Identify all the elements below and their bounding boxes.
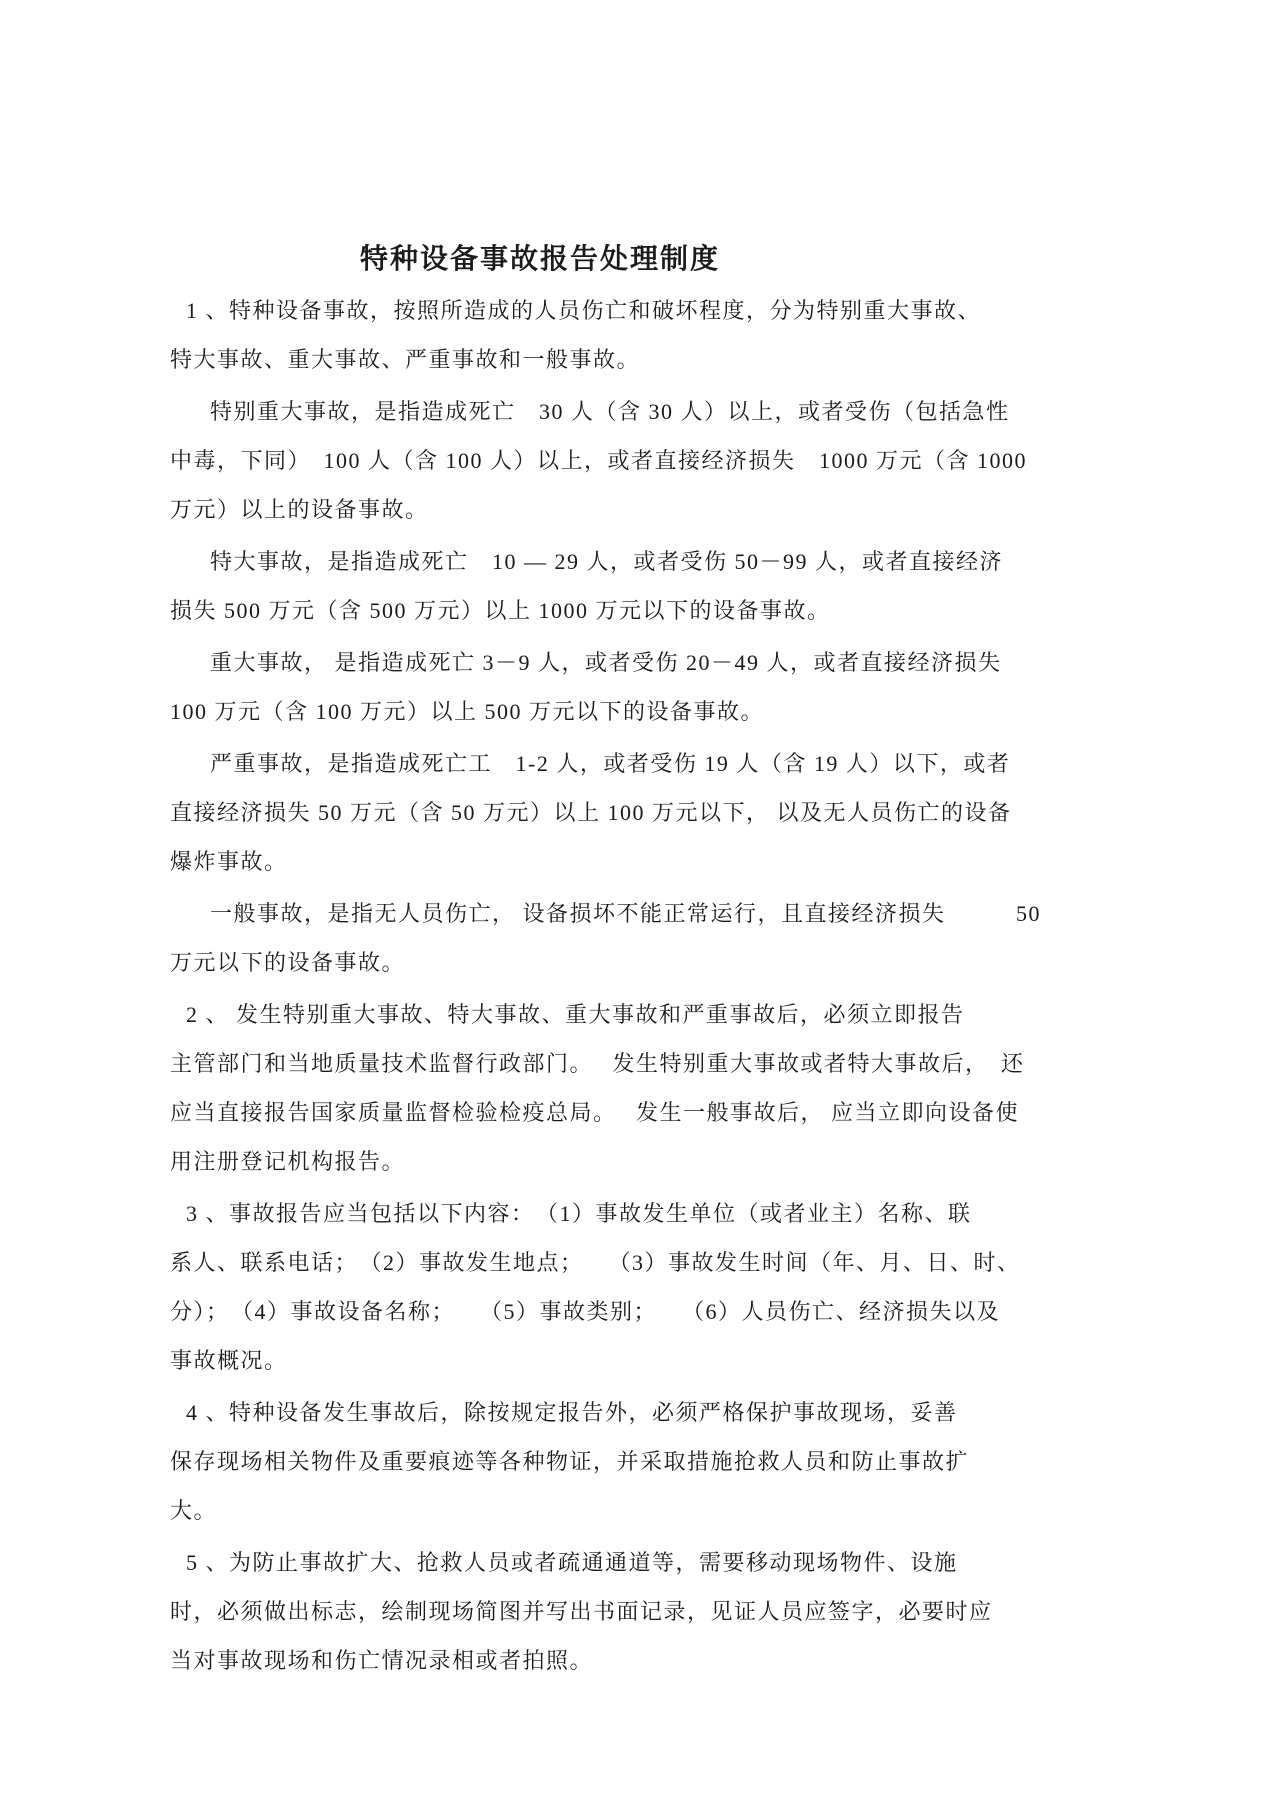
- text-line: 用注册登记机构报告。: [170, 1137, 1120, 1186]
- text-line: 特大事故，是指造成死亡 10 — 29 人，或者受伤 50－99 人，或者直接经…: [170, 537, 1120, 586]
- text-line: 中毒，下同） 100 人（含 100 人）以上，或者直接经济损失 1000 万元…: [170, 436, 1120, 485]
- text-line: 损失 500 万元（含 500 万元）以上 1000 万元以下的设备事故。: [170, 586, 1120, 635]
- paragraph: 特别重大事故，是指造成死亡 30 人（含 30 人）以上，或者受伤（包括急性中毒…: [170, 387, 1120, 534]
- text-line: 重大事故， 是指造成死亡 3－9 人，或者受伤 20－49 人，或者直接经济损失: [170, 638, 1120, 687]
- text-line: 事故概况。: [170, 1336, 1120, 1385]
- text-line: 3 、事故报告应当包括以下内容： （1）事故发生单位（或者业主）名称、联: [170, 1189, 1120, 1238]
- paragraph: 1 、特种设备事故，按照所造成的人员伤亡和破坏程度，分为特别重大事故、特大事故、…: [170, 286, 1120, 384]
- paragraph: 一般事故，是指无人员伤亡， 设备损坏不能正常运行，且直接经济损失 50万元以下的…: [170, 889, 1120, 987]
- paragraph: 2 、 发生特别重大事故、特大事故、重大事故和严重事故后，必须立即报告主管部门和…: [170, 990, 1120, 1186]
- text-line: 2 、 发生特别重大事故、特大事故、重大事故和严重事故后，必须立即报告: [170, 990, 1120, 1039]
- text-line: 1 、特种设备事故，按照所造成的人员伤亡和破坏程度，分为特别重大事故、: [170, 286, 1120, 335]
- text-line: 分）； （4）事故设备名称； （5）事故类别； （6）人员伤亡、经济损失以及: [170, 1287, 1120, 1336]
- text-line: 保存现场相关物件及重要痕迹等各种物证，并采取措施抢救人员和防止事故扩: [170, 1437, 1120, 1486]
- paragraph: 5 、为防止事故扩大、抢救人员或者疏通通道等，需要移动现场物件、设施时，必须做出…: [170, 1538, 1120, 1685]
- paragraph: 3 、事故报告应当包括以下内容： （1）事故发生单位（或者业主）名称、联系人、联…: [170, 1189, 1120, 1385]
- text-line: 万元）以上的设备事故。: [170, 485, 1120, 534]
- paragraph: 重大事故， 是指造成死亡 3－9 人，或者受伤 20－49 人，或者直接经济损失…: [170, 638, 1120, 736]
- text-line: 100 万元（含 100 万元）以上 500 万元以下的设备事故。: [170, 687, 1120, 736]
- text-line: 时，必须做出标志，绘制现场简图并写出书面记录，见证人员应签字，必要时应: [170, 1587, 1120, 1636]
- text-line: 特大事故、重大事故、严重事故和一般事故。: [170, 335, 1120, 384]
- text-line: 爆炸事故。: [170, 837, 1120, 886]
- text-line: 应当直接报告国家质量监督检验检疫总局。 发生一般事故后， 应当立即向设备使: [170, 1088, 1120, 1137]
- paragraph: 特大事故，是指造成死亡 10 — 29 人，或者受伤 50－99 人，或者直接经…: [170, 537, 1120, 635]
- paragraph: 严重事故，是指造成死亡工 1-2 人，或者受伤 19 人（含 19 人）以下，或…: [170, 739, 1120, 886]
- text-line: 特别重大事故，是指造成死亡 30 人（含 30 人）以上，或者受伤（包括急性: [170, 387, 1120, 436]
- text-line: 万元以下的设备事故。: [170, 938, 1120, 987]
- text-line: 直接经济损失 50 万元（含 50 万元）以上 100 万元以下， 以及无人员伤…: [170, 788, 1120, 837]
- text-line: 大。: [170, 1486, 1120, 1535]
- document-body: 1 、特种设备事故，按照所造成的人员伤亡和破坏程度，分为特别重大事故、特大事故、…: [170, 286, 1120, 1685]
- paragraph: 4 、特种设备发生事故后，除按规定报告外，必须严格保护事故现场，妥善保存现场相关…: [170, 1388, 1120, 1535]
- text-line: 一般事故，是指无人员伤亡， 设备损坏不能正常运行，且直接经济损失 50: [170, 889, 1120, 938]
- text-line: 主管部门和当地质量技术监督行政部门。 发生特别重大事故或者特大事故后， 还: [170, 1039, 1120, 1088]
- document-page: 特种设备事故报告处理制度 1 、特种设备事故，按照所造成的人员伤亡和破坏程度，分…: [0, 0, 1275, 1804]
- text-line: 5 、为防止事故扩大、抢救人员或者疏通通道等，需要移动现场物件、设施: [170, 1538, 1120, 1587]
- text-line: 严重事故，是指造成死亡工 1-2 人，或者受伤 19 人（含 19 人）以下，或…: [170, 739, 1120, 788]
- text-line: 4 、特种设备发生事故后，除按规定报告外，必须严格保护事故现场，妥善: [170, 1388, 1120, 1437]
- text-line: 当对事故现场和伤亡情况录相或者拍照。: [170, 1636, 1120, 1685]
- text-line: 系人、联系电话； （2）事故发生地点； （3）事故发生时间（年、月、日、时、: [170, 1238, 1120, 1287]
- document-title: 特种设备事故报告处理制度: [170, 242, 910, 278]
